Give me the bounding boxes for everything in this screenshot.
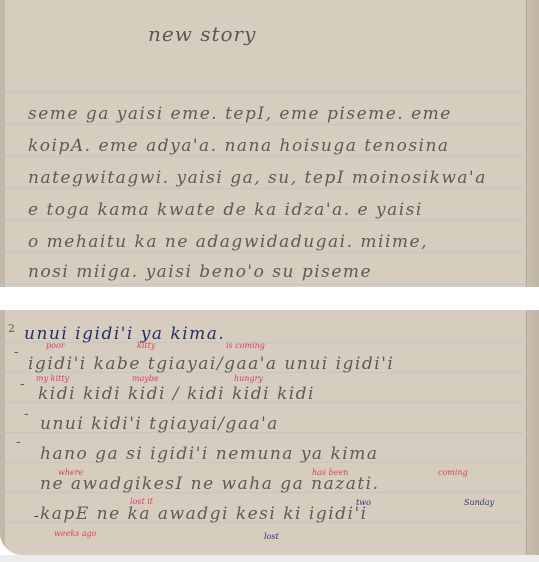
handwritten-line: ne awadgikesI ne waha ga nazati. (40, 474, 519, 494)
translation-annotation: Sunday (464, 498, 494, 507)
translation-annotation: coming (438, 468, 468, 477)
translation-annotation: lost it (130, 497, 153, 506)
translation-annotation: weeks ago (54, 529, 97, 538)
scan-bottom-edge (0, 555, 539, 562)
ruled-line (0, 156, 527, 157)
handwritten-line: unui kidi'i tgiayai/gaa'a (40, 414, 519, 434)
translation-annotation: kitty (137, 341, 155, 350)
page-binding-edge (0, 0, 5, 287)
ruled-line (0, 124, 527, 125)
notebook-page-top: new story seme ga yaisi eme. tepI, eme p… (0, 0, 539, 287)
handwritten-line: unui igidi'i ya kima. (24, 324, 519, 344)
line-marker: - (14, 344, 19, 360)
ruled-line (0, 220, 527, 221)
translation-annotation: two (356, 498, 371, 507)
line-marker: - (20, 376, 25, 392)
page-right-edge (526, 0, 539, 287)
image-separator (0, 287, 539, 310)
ruled-line (0, 188, 527, 189)
translation-annotation: poor (46, 341, 65, 350)
handwritten-line: koipA. eme adya'a. nana hoisuga tenosina (28, 136, 519, 156)
line-marker: - (16, 434, 21, 450)
handwritten-line: hano ga si igidi'i nemuna ya kima (40, 444, 519, 464)
translation-annotation: maybe (132, 374, 159, 383)
translation-annotation: lost (264, 532, 279, 541)
handwritten-line: nosi miiga. yaisi beno'o su piseme (28, 262, 519, 282)
story-title: new story (148, 22, 256, 46)
translation-annotation: my kitty (36, 374, 69, 383)
line-marker: - (24, 406, 29, 422)
ruled-line (0, 284, 527, 285)
handwritten-line: o mehaitu ka ne adagwidadugai. miime, (28, 232, 519, 252)
ruled-line (0, 252, 527, 253)
translation-annotation: has been (312, 468, 348, 477)
handwritten-line: igidi'i kabe tgiayai/gaa'a unui igidi'i (28, 354, 519, 374)
line-marker: 2 (8, 322, 15, 335)
translation-annotation: where (58, 468, 83, 477)
ruled-line (0, 92, 527, 93)
handwritten-line: kidi kidi kidi / kidi kidi kidi (38, 384, 519, 404)
page-right-edge (526, 310, 539, 555)
handwritten-line: seme ga yaisi eme. tepI, eme piseme. eme (28, 104, 519, 124)
notebook-page-bottom: 2 - - - - - unui igidi'i ya kima. igidi'… (0, 310, 539, 555)
handwritten-line: e toga kama kwate de ka idza'a. e yaisi (28, 200, 519, 220)
translation-annotation: is coming (226, 341, 265, 350)
handwritten-line: nategwitagwi. yaisi ga, su, tepI moinosi… (28, 168, 519, 188)
translation-annotation: hungry (234, 374, 263, 383)
handwritten-line: kapE ne ka awadgi kesi ki igidi'i (40, 504, 519, 524)
line-marker: - (34, 508, 39, 524)
